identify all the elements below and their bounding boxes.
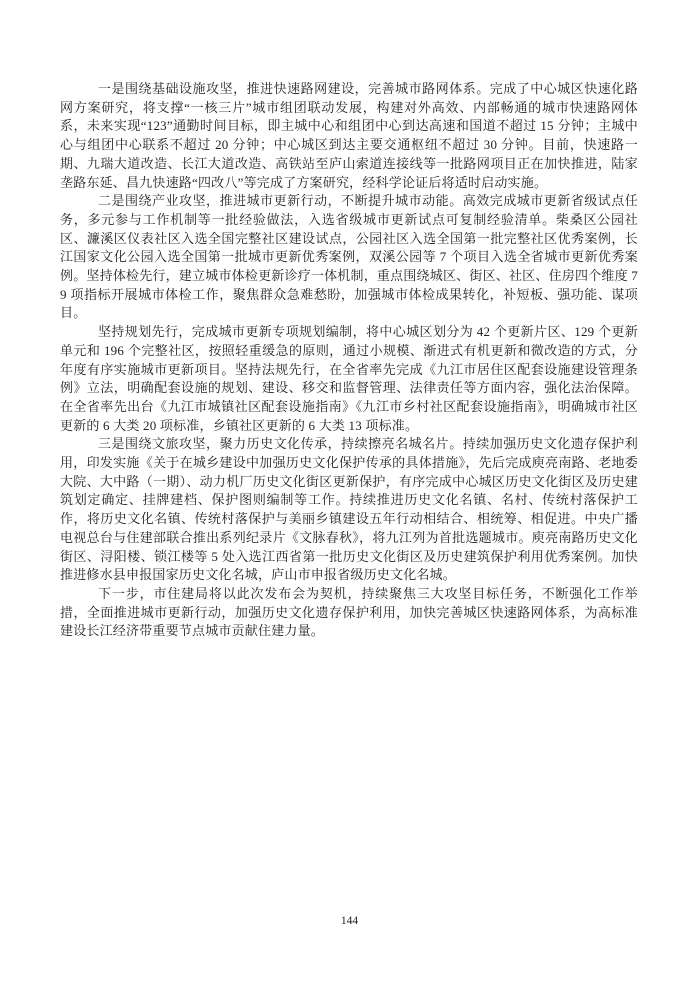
paragraph-industry: 二是围绕产业攻坚，推进城市更新行动，不断提升城市动能。高效完成城市更新省级试点任…: [60, 192, 638, 323]
paragraph-culture-tourism: 三是围绕文旅攻坚，聚力历史文化传承，持续擦亮名城名片。持续加强历史文化遗存保护利…: [60, 435, 638, 585]
document-page: 一是围绕基础设施攻坚，推进快速路网建设，完善城市路网体系。完成了中心城区快速化路…: [0, 0, 699, 987]
body-text: 一是围绕基础设施攻坚，推进快速路网建设，完善城市路网体系。完成了中心城区快速化路…: [60, 80, 638, 641]
paragraph-next-steps: 下一步，市住建局将以此次发布会为契机，持续聚焦三大攻坚目标任务，不断强化工作举措…: [60, 585, 638, 641]
page-number: 144: [0, 915, 699, 927]
paragraph-planning: 坚持规划先行，完成城市更新专项规划编制，将中心城区划分为 42 个更新片区、12…: [60, 323, 638, 435]
paragraph-infrastructure: 一是围绕基础设施攻坚，推进快速路网建设，完善城市路网体系。完成了中心城区快速化路…: [60, 80, 638, 192]
